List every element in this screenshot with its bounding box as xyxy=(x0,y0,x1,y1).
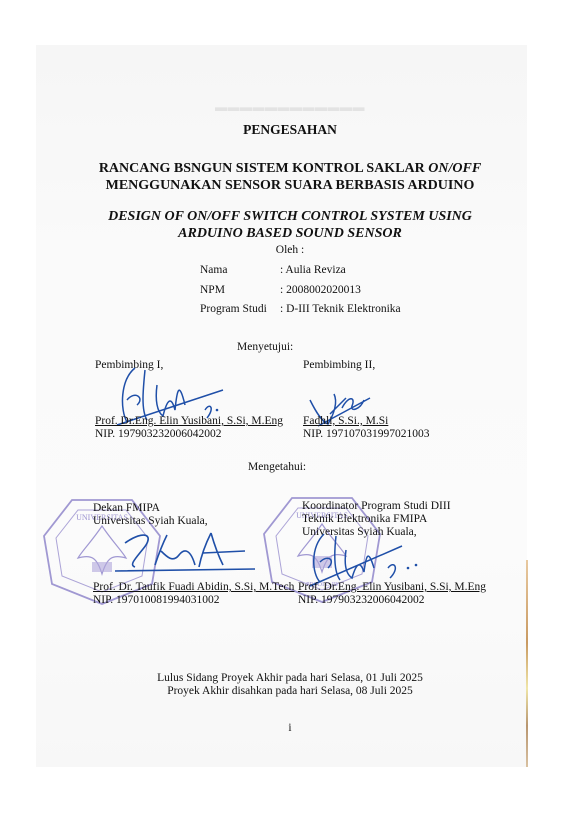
supervisor2-role: Pembimbing II, xyxy=(303,359,375,371)
page-edge xyxy=(526,560,528,767)
author-value-npm: : 2008002020013 xyxy=(280,284,361,296)
official2-role-line2: Teknik Elektronika FMIPA xyxy=(302,513,427,525)
official2-nip: NIP. 197903232006042002 xyxy=(298,594,425,606)
title-en-line2: ARDUINO BASED SOUND SENSOR xyxy=(0,225,580,242)
official1-nip: NIP. 197010081994031002 xyxy=(93,594,220,606)
official2-role-line1: Koordinator Program Studi DIII xyxy=(302,500,451,512)
page-heading: PENGESAHAN xyxy=(0,122,580,138)
scanned-page xyxy=(36,45,527,767)
title-id-line1: RANCANG BSNGUN SISTEM KONTROL SAKLAR ON/… xyxy=(0,160,580,177)
author-label-npm: NPM xyxy=(200,284,225,296)
supervisor2-nip: NIP. 197107031997021003 xyxy=(303,428,430,440)
bleed-through-text: ▬▬▬▬▬▬▬▬▬▬▬▬ xyxy=(215,100,365,115)
supervisor1-name: Prof. Dr.Eng. Elin Yusibani, S.Si, M.Eng xyxy=(95,415,283,427)
author-value-name: : Aulia Reviza xyxy=(280,264,346,276)
official2-name: Prof. Dr.Eng. Elin Yusibani, S.Si, M.Eng xyxy=(298,581,486,593)
by-label: Oleh : xyxy=(0,244,580,256)
page-number: i xyxy=(0,722,580,734)
title-en-line1: DESIGN OF ON/OFF SWITCH CONTROL SYSTEM U… xyxy=(0,208,580,225)
supervisor1-nip: NIP. 197903232006042002 xyxy=(95,428,222,440)
author-label-name: Nama xyxy=(200,264,227,276)
signature-dean xyxy=(115,525,260,575)
official1-role-line1: Dekan FMIPA xyxy=(93,502,160,514)
official1-name: Prof. Dr. Taufik Fuadi Abidin, S.Si, M.T… xyxy=(93,581,294,593)
approved-label: Menyetujui: xyxy=(237,341,293,353)
signature-coordinator xyxy=(310,528,430,588)
footer-line2: Proyek Akhir disahkan pada hari Selasa, … xyxy=(0,685,580,697)
acknowledged-label: Mengetahui: xyxy=(248,461,306,473)
author-label-program: Program Studi xyxy=(200,303,267,315)
title-id-onoff: ON/OFF xyxy=(428,161,481,176)
title-id-line2: MENGGUNAKAN SENSOR SUARA BERBASIS ARDUIN… xyxy=(0,177,580,194)
footer-line1: Lulus Sidang Proyek Akhir pada hari Sela… xyxy=(0,672,580,684)
supervisor2-name: Fadhli, S.Si., M.Si xyxy=(303,415,388,427)
title-id-line1-text: RANCANG BSNGUN SISTEM KONTROL SAKLAR xyxy=(99,161,428,176)
author-value-program: : D-III Teknik Elektronika xyxy=(280,303,401,315)
